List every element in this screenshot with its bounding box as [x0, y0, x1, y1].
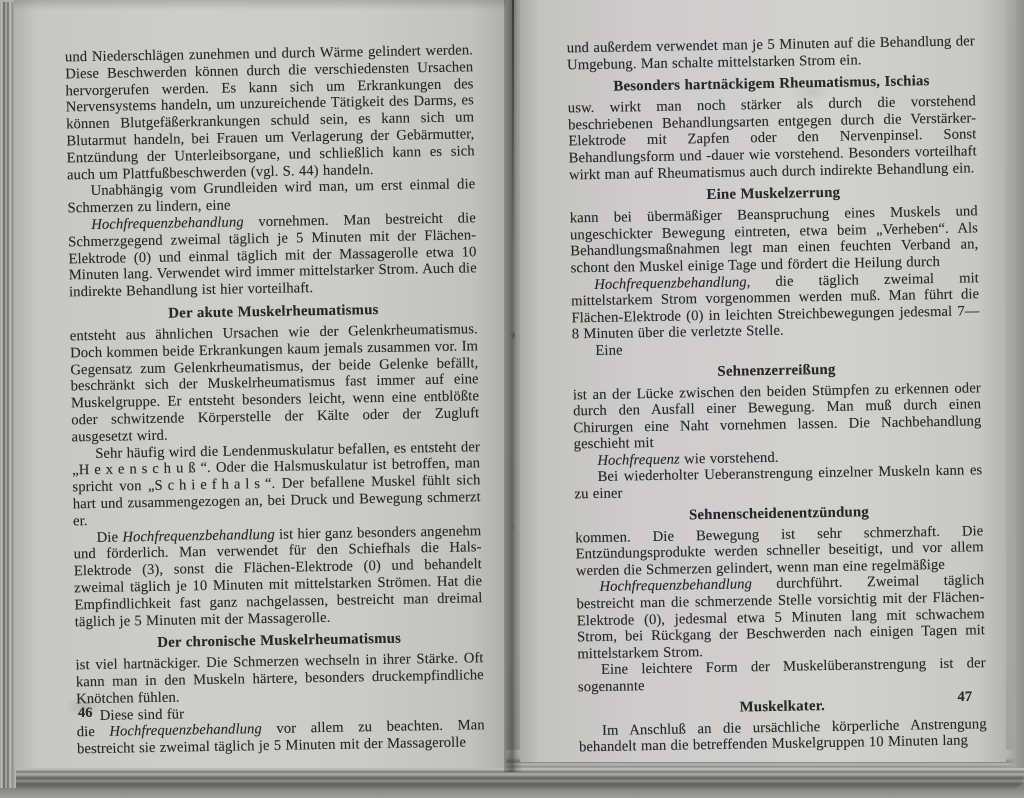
page-left-text: und Niederschlägen zunehmen und durch Wä… — [14, 0, 519, 759]
paragraph: und außerdem verwendet man je 5 Minuten … — [567, 33, 976, 73]
paragraph: Im Anschluß an die ursächliche körperlic… — [579, 716, 988, 756]
book-scan: und Niederschlägen zunehmen und durch Wä… — [0, 0, 1024, 798]
page-right-text: und außerdem verwendet man je 5 Minuten … — [520, 0, 1019, 757]
section-heading: Der chronische Muskelrheumatismus — [75, 630, 483, 654]
paragraph: usw. wirkt man noch stärker als durch di… — [568, 93, 977, 183]
paragraph: Bei wiederholter Ueberanstrengung einzel… — [574, 463, 983, 503]
paragraph: ist viel hartnäckiger. Die Schmerzen wec… — [75, 650, 484, 708]
paragraph: kommen. Die Bewegung ist sehr schmerzhaf… — [575, 523, 984, 580]
section-heading: Eine Muskelzerrung — [569, 182, 977, 206]
paragraph: die Hochfrequenzbehandlung vor allem zu … — [77, 718, 486, 759]
paragraph: ist an der Lücke zwischen den beiden Stü… — [573, 380, 982, 453]
page-number-left: 46 — [78, 705, 93, 722]
section-heading: Der akute Muskelrheumatismus — [69, 300, 477, 324]
section-heading: Besonders hartnäckigem Rheumatismus, Isc… — [567, 72, 975, 96]
right-page-edge — [1004, 0, 1024, 768]
page-number-right: 47 — [958, 689, 973, 706]
paragraph: Hochfrequenzbehandlung vornehmen. Man be… — [68, 210, 477, 301]
paragraph: und Niederschlägen zunehmen und durch Wä… — [65, 42, 475, 183]
paragraph: Sehr häufig wird die Lendenmuskulatur be… — [72, 439, 481, 530]
section-heading: Sehnenzerreißung — [572, 359, 980, 383]
paragraph: Hochfrequenzbehandlung, die täglich zwei… — [571, 270, 980, 343]
page-left: und Niederschlägen zunehmen und durch Wä… — [14, 0, 506, 768]
paragraph: Die Hochfrequenzbehandlung ist hier ganz… — [73, 523, 483, 631]
section-heading: Sehnenscheidenentzündung — [575, 502, 983, 526]
open-book: und Niederschlägen zunehmen und durch Wä… — [0, 0, 1024, 798]
page-right: und außerdem verwendet man je 5 Minuten … — [520, 0, 1006, 762]
paragraph: kann bei übermäßiger Beanspruchung eines… — [570, 203, 979, 276]
paragraph: entsteht aus ähnlichen Ursachen wie der … — [70, 321, 480, 446]
section-heading: Muskelkater. — [578, 695, 986, 719]
paragraph: Eine leichtere Form der Muskelüberanstre… — [578, 656, 987, 696]
paragraph: Hochfrequenzbehandlung durchführt. Zweim… — [576, 573, 985, 663]
